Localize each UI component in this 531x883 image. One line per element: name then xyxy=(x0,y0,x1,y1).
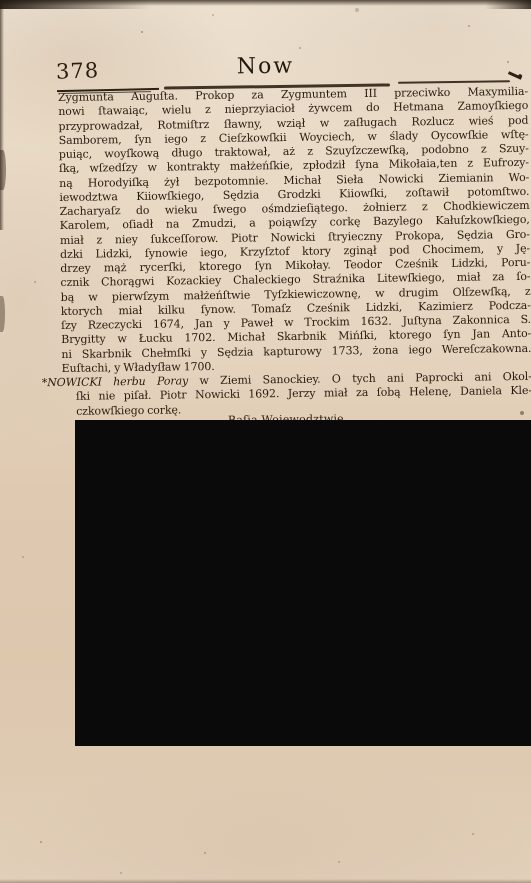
scan-edge-bottom xyxy=(0,879,531,883)
scan-edge-top-left xyxy=(0,0,150,9)
scan-edge-left xyxy=(0,0,4,230)
scan-edge-top-right xyxy=(485,0,531,9)
header-rule-right xyxy=(398,80,510,84)
text-segment: Euſtachi, y Władyſław 1700. xyxy=(62,360,215,375)
scan-edge-mark xyxy=(0,296,5,332)
redaction-box xyxy=(75,420,531,746)
text-segment: czkowſkiego corkę. xyxy=(76,403,181,417)
book-page-scan: 378 Now Zygmunta Auguſta. Prokop za Zygm… xyxy=(0,0,531,883)
scan-edge-mark xyxy=(0,150,6,190)
text-segment: *NOWICKI herbu Poray xyxy=(42,374,188,389)
body-text: Zygmunta Auguſta. Prokop za Zygmuntem II… xyxy=(58,85,531,419)
running-head: Now xyxy=(0,50,531,82)
